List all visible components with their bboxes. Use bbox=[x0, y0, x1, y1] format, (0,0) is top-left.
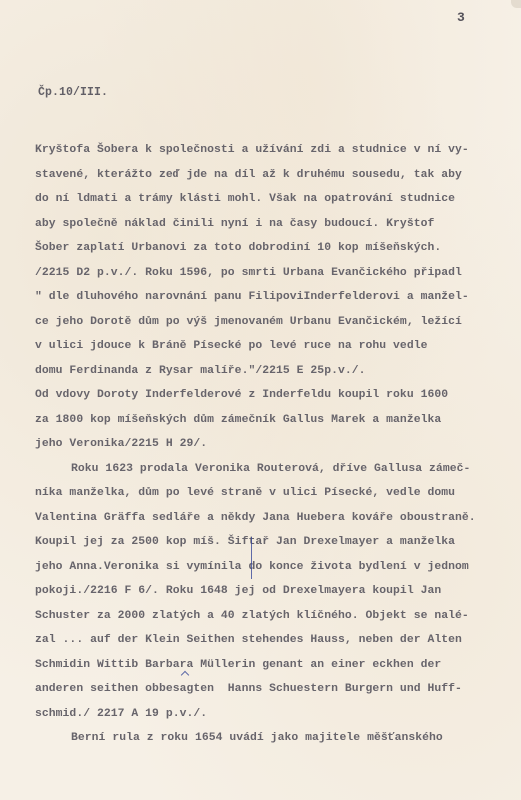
text-line: stavené, kterážto zeď jde na díl až k dr… bbox=[35, 163, 515, 188]
text-line: Kryštofa Šobera k společnosti a užívání … bbox=[35, 138, 515, 163]
document-page: 3 Čp.10/III. Kryštofa Šobera k společnos… bbox=[0, 0, 521, 800]
text-line: Koupil jej za 2500 kop míš. Šiftař Jan D… bbox=[35, 530, 515, 555]
text-line: jeho Veronika/2215 H 29/. bbox=[35, 432, 515, 457]
text-line: /2215 D2 p.v./. Roku 1596, po smrti Urba… bbox=[35, 261, 515, 286]
text-line: Roku 1623 prodala Veronika Routerová, dř… bbox=[35, 457, 515, 482]
text-line: jeho Anna.Veronika si vymínila do konce … bbox=[35, 555, 515, 580]
text-line: " dle dluhového narovnání panu FilipoviI… bbox=[35, 285, 515, 310]
house-number-heading: Čp.10/III. bbox=[38, 86, 108, 99]
page-number: 3 bbox=[457, 10, 465, 25]
text-line: domu Ferdinanda z Rysar malíře."/2215 E … bbox=[35, 359, 515, 384]
text-line: ce jeho Dorotě dům po výš jmenovaném Urb… bbox=[35, 310, 515, 335]
paper-corner bbox=[511, 0, 521, 8]
text-line: Valentina Gräffa sedláře a někdy Jana Hu… bbox=[35, 506, 515, 531]
text-line: níka manželka, dům po levé straně v ulic… bbox=[35, 481, 515, 506]
text-line: pokoji./2216 F 6/. Roku 1648 jej od Drex… bbox=[35, 579, 515, 604]
text-line: Schmidin Wittib Barbara Müllerin genant … bbox=[35, 653, 515, 678]
pen-insertion-mark bbox=[251, 537, 252, 579]
text-line: do ní ldmati a trámy klásti mohl. Však n… bbox=[35, 187, 515, 212]
document-body: Kryštofa Šobera k společnosti a užívání … bbox=[35, 138, 515, 751]
text-line: zal ... auf der Klein Seithen stehendes … bbox=[35, 628, 515, 653]
text-line: v ulici jdouce k Bráně Písecké po levé r… bbox=[35, 334, 515, 359]
text-line: schmid./ 2217 A 19 p.v./. bbox=[35, 702, 515, 727]
text-line: aby společně náklad činili nyní i na čas… bbox=[35, 212, 515, 237]
text-line: za 1800 kop míšeňských dům zámečník Gall… bbox=[35, 408, 515, 433]
text-line: Berní rula z roku 1654 uvádí jako majite… bbox=[35, 726, 515, 751]
text-line: anderen seithen obbesagten Hanns Schuest… bbox=[35, 677, 515, 702]
text-line: Schuster za 2000 zlatých a 40 zlatých kl… bbox=[35, 604, 515, 629]
text-line: Šober zaplatí Urbanovi za toto dobrodiní… bbox=[35, 236, 515, 261]
text-line: Od vdovy Doroty Inderfelderové z Inderfe… bbox=[35, 383, 515, 408]
